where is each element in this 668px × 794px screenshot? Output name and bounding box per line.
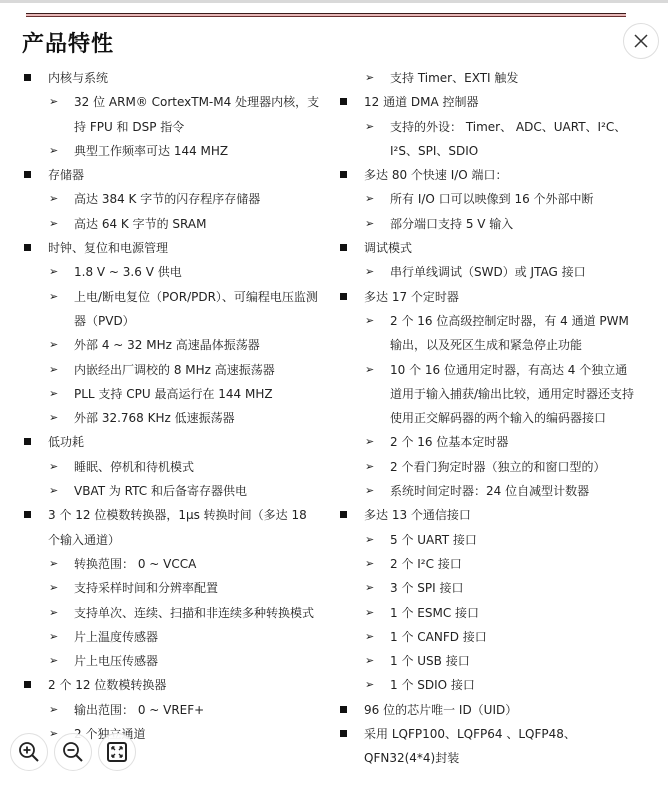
- arrow-bullet-icon: ➢: [365, 576, 374, 600]
- feature-category: 调试模式: [338, 236, 638, 260]
- feature-text: 典型工作频率可达 144 MHZ: [74, 139, 322, 163]
- feature-item: ➢3 个 SPI 接口: [338, 576, 638, 600]
- feature-text: 系统时间定时器：24 位自减型计数器: [390, 479, 638, 503]
- feature-text: 多达 13 个通信接口: [364, 503, 638, 527]
- feature-text: 1.8 V ~ 3.6 V 供电: [74, 260, 322, 284]
- feature-text: 睡眠、停机和待机模式: [74, 455, 322, 479]
- feature-category: 2 个 12 位数模转换器: [22, 673, 322, 697]
- feature-text: 部分端口支持 5 V 输入: [390, 212, 638, 236]
- arrow-bullet-icon: ➢: [365, 115, 374, 139]
- feature-text: 多达 80 个快速 I/O 端口：: [364, 163, 638, 187]
- feature-category: 采用 LQFP100、LQFP64 、LQFP48、QFN32(4*4)封装: [338, 722, 638, 771]
- square-bullet-icon: [24, 673, 31, 698]
- feature-item: ➢10 个 16 位通用定时器，有高达 4 个独立通道用于输入捕获/输出比较，通…: [338, 358, 638, 431]
- arrow-bullet-icon: ➢: [365, 673, 374, 697]
- close-button[interactable]: [623, 23, 659, 59]
- feature-category: 时钟、复位和电源管理: [22, 236, 322, 260]
- feature-item: ➢内嵌经出厂调校的 8 MHz 高速振荡器: [22, 358, 322, 382]
- feature-text: 支持单次、连续、扫描和非连续多种转换模式: [74, 601, 322, 625]
- features-right-column: ➢支持 Timer、EXTI 触发12 通道 DMA 控制器➢支持的外设： Ti…: [338, 66, 638, 771]
- feature-text: 片上电压传感器: [74, 649, 322, 673]
- feature-category: 多达 13 个通信接口: [338, 503, 638, 527]
- feature-item: ➢1 个 USB 接口: [338, 649, 638, 673]
- arrow-bullet-icon: ➢: [49, 285, 58, 309]
- arrow-bullet-icon: ➢: [49, 625, 58, 649]
- square-bullet-shape: [340, 244, 347, 251]
- square-bullet-shape: [340, 730, 347, 737]
- feature-category: 内核与系统: [22, 66, 322, 90]
- arrow-bullet-icon: ➢: [49, 479, 58, 503]
- arrow-bullet-icon: ➢: [365, 309, 374, 333]
- square-bullet-shape: [24, 244, 31, 251]
- feature-item: ➢VBAT 为 RTC 和后备寄存器供电: [22, 479, 322, 503]
- square-bullet-shape: [24, 171, 31, 178]
- feature-text: 1 个 SDIO 接口: [390, 673, 638, 697]
- header-rule: [26, 13, 626, 17]
- square-bullet-shape: [24, 438, 31, 445]
- feature-item: ➢外部 4 ~ 32 MHz 高速晶体振荡器: [22, 333, 322, 357]
- feature-text: 多达 17 个定时器: [364, 285, 638, 309]
- feature-category: 存储器: [22, 163, 322, 187]
- arrow-bullet-icon: ➢: [365, 455, 374, 479]
- feature-item: ➢支持采样时间和分辨率配置: [22, 576, 322, 600]
- arrow-bullet-icon: ➢: [49, 139, 58, 163]
- arrow-bullet-icon: ➢: [49, 260, 58, 284]
- fit-screen-icon: [106, 741, 128, 763]
- feature-item: ➢32 位 ARM® CortexTM-M4 处理器内核，支持 FPU 和 DS…: [22, 90, 322, 139]
- arrow-bullet-icon: ➢: [49, 601, 58, 625]
- feature-item: ➢2 个 16 位高级控制定时器，有 4 通道 PWM 输出，以及死区生成和紧急…: [338, 309, 638, 358]
- arrow-bullet-icon: ➢: [365, 260, 374, 284]
- feature-text: 输出范围： 0 ~ VREF+: [74, 698, 322, 722]
- feature-category: 3 个 12 位模数转换器，1μs 转换时间（多达 18 个输入通道）: [22, 503, 322, 552]
- square-bullet-shape: [24, 511, 31, 518]
- feature-item: ➢1 个 ESMC 接口: [338, 601, 638, 625]
- feature-item: ➢睡眠、停机和待机模式: [22, 455, 322, 479]
- feature-text: 所有 I/O 口可以映像到 16 个外部中断: [390, 187, 638, 211]
- square-bullet-icon: [340, 90, 347, 115]
- feature-item: ➢1 个 SDIO 接口: [338, 673, 638, 697]
- feature-text: 低功耗: [48, 430, 322, 454]
- arrow-bullet-icon: ➢: [49, 552, 58, 576]
- feature-text: 串行单线调试（SWD）或 JTAG 接口: [390, 260, 638, 284]
- feature-text: 采用 LQFP100、LQFP64 、LQFP48、QFN32(4*4)封装: [364, 722, 638, 771]
- zoom-in-icon: [18, 741, 40, 763]
- feature-text: 3 个 12 位模数转换器，1μs 转换时间（多达 18 个输入通道）: [48, 503, 322, 552]
- arrow-bullet-icon: ➢: [49, 212, 58, 236]
- arrow-bullet-icon: ➢: [365, 479, 374, 503]
- feature-text: 12 通道 DMA 控制器: [364, 90, 638, 114]
- arrow-bullet-icon: ➢: [365, 625, 374, 649]
- feature-category: 多达 80 个快速 I/O 端口：: [338, 163, 638, 187]
- square-bullet-shape: [340, 706, 347, 713]
- feature-item: ➢ 高达 384 K 字节的闪存程序存储器: [22, 187, 322, 211]
- feature-text: 10 个 16 位通用定时器，有高达 4 个独立通道用于输入捕获/输出比较，通用…: [390, 358, 638, 431]
- arrow-bullet-icon: ➢: [365, 358, 374, 382]
- feature-item: ➢1 个 CANFD 接口: [338, 625, 638, 649]
- arrow-bullet-icon: ➢: [49, 382, 58, 406]
- arrow-bullet-icon: ➢: [365, 649, 374, 673]
- feature-text: VBAT 为 RTC 和后备寄存器供电: [74, 479, 322, 503]
- feature-item: ➢2 个看门狗定时器（独立的和窗口型的）: [338, 455, 638, 479]
- feature-item: ➢5 个 UART 接口: [338, 528, 638, 552]
- feature-item: ➢支持的外设： Timer、 ADC、UART、I²C、 I²S、SPI、SDI…: [338, 115, 638, 164]
- feature-item: ➢ 高达 64 K 字节的 SRAM: [22, 212, 322, 236]
- feature-item: ➢部分端口支持 5 V 输入: [338, 212, 638, 236]
- feature-text: 外部 4 ~ 32 MHz 高速晶体振荡器: [74, 333, 322, 357]
- square-bullet-icon: [340, 163, 347, 188]
- feature-text: 调试模式: [364, 236, 638, 260]
- feature-item: ➢所有 I/O 口可以映像到 16 个外部中断: [338, 187, 638, 211]
- square-bullet-icon: [24, 66, 31, 91]
- page-title: 产品特性: [22, 27, 114, 58]
- feature-text: 2 个 I²C 接口: [390, 552, 638, 576]
- feature-text: 转换范围： 0 ~ VCCA: [74, 552, 322, 576]
- arrow-bullet-icon: ➢: [49, 333, 58, 357]
- feature-text: 片上温度传感器: [74, 625, 322, 649]
- feature-item: ➢支持 Timer、EXTI 触发: [338, 66, 638, 90]
- square-bullet-shape: [340, 293, 347, 300]
- feature-text: 支持采样时间和分辨率配置: [74, 576, 322, 600]
- arrow-bullet-icon: ➢: [49, 698, 58, 722]
- square-bullet-icon: [340, 236, 347, 261]
- feature-text: 2 个 12 位数模转换器: [48, 673, 322, 697]
- arrow-bullet-icon: ➢: [49, 576, 58, 600]
- feature-text: 外部 32.768 KHz 低速振荡器: [74, 406, 322, 430]
- feature-text: 2 个 16 位高级控制定时器，有 4 通道 PWM 输出，以及死区生成和紧急停…: [390, 309, 638, 358]
- arrow-bullet-icon: ➢: [49, 187, 58, 211]
- square-bullet-icon: [340, 722, 347, 747]
- feature-text: PLL 支持 CPU 最高运行在 144 MHZ: [74, 382, 322, 406]
- arrow-bullet-icon: ➢: [365, 528, 374, 552]
- feature-text: 1 个 CANFD 接口: [390, 625, 638, 649]
- feature-item: ➢外部 32.768 KHz 低速振荡器: [22, 406, 322, 430]
- arrow-bullet-icon: ➢: [365, 601, 374, 625]
- feature-text: 5 个 UART 接口: [390, 528, 638, 552]
- feature-item: ➢片上电压传感器: [22, 649, 322, 673]
- square-bullet-icon: [340, 285, 347, 310]
- feature-category: 12 通道 DMA 控制器: [338, 90, 638, 114]
- top-edge-shadow: [0, 0, 668, 3]
- feature-category: 低功耗: [22, 430, 322, 454]
- feature-item: ➢2 个 16 位基本定时器: [338, 430, 638, 454]
- square-bullet-icon: [24, 163, 31, 188]
- feature-item: ➢支持单次、连续、扫描和非连续多种转换模式: [22, 601, 322, 625]
- square-bullet-icon: [24, 503, 31, 528]
- feature-item: ➢2 个 I²C 接口: [338, 552, 638, 576]
- feature-text: 上电/断电复位（POR/PDR）、可编程电压监测器（PVD）: [74, 285, 322, 334]
- feature-item: ➢输出范围： 0 ~ VREF+: [22, 698, 322, 722]
- feature-text: 存储器: [48, 163, 322, 187]
- square-bullet-icon: [340, 698, 347, 723]
- feature-item: ➢1.8 V ~ 3.6 V 供电: [22, 260, 322, 284]
- feature-text: 32 位 ARM® CortexTM-M4 处理器内核，支持 FPU 和 DSP…: [74, 90, 322, 139]
- arrow-bullet-icon: ➢: [49, 455, 58, 479]
- square-bullet-shape: [340, 98, 347, 105]
- feature-text: 1 个 ESMC 接口: [390, 601, 638, 625]
- feature-text: 高达 384 K 字节的闪存程序存储器: [74, 187, 322, 211]
- feature-text: 高达 64 K 字节的 SRAM: [74, 212, 322, 236]
- arrow-bullet-icon: ➢: [365, 430, 374, 454]
- feature-text: 内嵌经出厂调校的 8 MHz 高速振荡器: [74, 358, 322, 382]
- zoom-out-button[interactable]: [54, 733, 92, 771]
- zoom-toolbar: [10, 733, 136, 771]
- feature-text: 内核与系统: [48, 66, 322, 90]
- arrow-bullet-icon: ➢: [365, 212, 374, 236]
- arrow-bullet-icon: ➢: [49, 358, 58, 382]
- arrow-bullet-icon: ➢: [365, 552, 374, 576]
- zoom-out-icon: [62, 741, 84, 763]
- feature-item: ➢PLL 支持 CPU 最高运行在 144 MHZ: [22, 382, 322, 406]
- feature-text: 3 个 SPI 接口: [390, 576, 638, 600]
- fit-screen-button[interactable]: [98, 733, 136, 771]
- square-bullet-shape: [24, 681, 31, 688]
- arrow-bullet-icon: ➢: [49, 406, 58, 430]
- square-bullet-shape: [24, 74, 31, 81]
- feature-item: ➢系统时间定时器：24 位自减型计数器: [338, 479, 638, 503]
- square-bullet-shape: [340, 511, 347, 518]
- feature-item: ➢片上温度传感器: [22, 625, 322, 649]
- feature-item: ➢转换范围： 0 ~ VCCA: [22, 552, 322, 576]
- feature-text: 96 位的芯片唯一 ID（UID）: [364, 698, 638, 722]
- feature-text: 1 个 USB 接口: [390, 649, 638, 673]
- feature-item: ➢上电/断电复位（POR/PDR）、可编程电压监测器（PVD）: [22, 285, 322, 334]
- feature-text: 2 个 16 位基本定时器: [390, 430, 638, 454]
- square-bullet-shape: [340, 171, 347, 178]
- zoom-in-button[interactable]: [10, 733, 48, 771]
- arrow-bullet-icon: ➢: [365, 66, 374, 90]
- features-left-column: 内核与系统➢32 位 ARM® CortexTM-M4 处理器内核，支持 FPU…: [22, 66, 322, 746]
- square-bullet-icon: [24, 236, 31, 261]
- feature-category: 96 位的芯片唯一 ID（UID）: [338, 698, 638, 722]
- feature-text: 支持的外设： Timer、 ADC、UART、I²C、 I²S、SPI、SDIO: [390, 115, 638, 164]
- square-bullet-icon: [24, 430, 31, 455]
- arrow-bullet-icon: ➢: [49, 90, 58, 114]
- feature-text: 时钟、复位和电源管理: [48, 236, 322, 260]
- arrow-bullet-icon: ➢: [49, 649, 58, 673]
- arrow-bullet-icon: ➢: [365, 187, 374, 211]
- feature-item: ➢串行单线调试（SWD）或 JTAG 接口: [338, 260, 638, 284]
- feature-item: ➢典型工作频率可达 144 MHZ: [22, 139, 322, 163]
- feature-category: 多达 17 个定时器: [338, 285, 638, 309]
- feature-text: 支持 Timer、EXTI 触发: [390, 66, 638, 90]
- feature-text: 2 个看门狗定时器（独立的和窗口型的）: [390, 455, 638, 479]
- square-bullet-icon: [340, 503, 347, 528]
- close-icon: [633, 33, 649, 49]
